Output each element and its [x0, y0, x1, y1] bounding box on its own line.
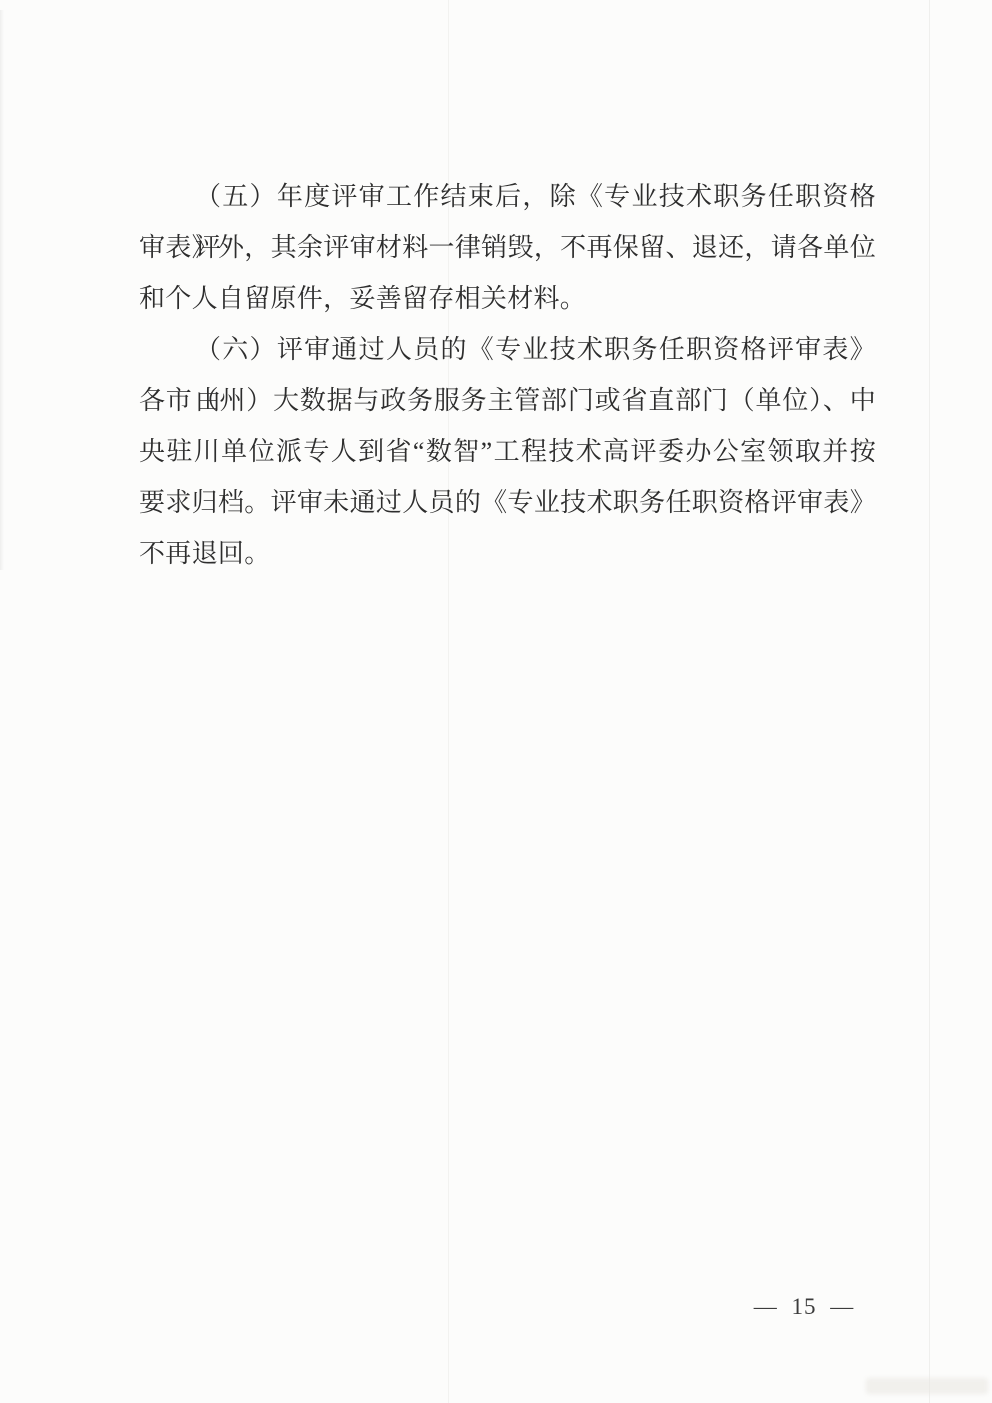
text-line: 各市（州）大数据与政务服务主管部门或省直部门（单位）、中 [139, 375, 876, 426]
paragraph-5: （五）年度评审工作结束后，除《专业技术职务任职资格评 审表》外，其余评审材料一律… [139, 171, 876, 324]
text-line: 央驻川单位派专人到省“数智”工程技术高评委办公室领取并按 [139, 426, 876, 477]
text-line: 要求归档。评审未通过人员的《专业技术职务任职资格评审表》 [139, 477, 876, 528]
page-number: — 15 — [750, 1292, 858, 1322]
document-body: （五）年度评审工作结束后，除《专业技术职务任职资格评 审表》外，其余评审材料一律… [139, 171, 876, 579]
text-line: 不再退回。 [139, 528, 876, 579]
text-line: 审表》外，其余评审材料一律销毁，不再保留、退还，请各单位 [139, 222, 876, 273]
text-line: （六）评审通过人员的《专业技术职务任职资格评审表》由 [139, 324, 876, 375]
faint-watermark [866, 1378, 988, 1394]
scan-artifact-line [929, 0, 930, 1403]
text-line: 和个人自留原件，妥善留存相关材料。 [139, 273, 876, 324]
paragraph-6: （六）评审通过人员的《专业技术职务任职资格评审表》由 各市（州）大数据与政务服务… [139, 324, 876, 579]
document-page: （五）年度评审工作结束后，除《专业技术职务任职资格评 审表》外，其余评审材料一律… [0, 0, 992, 1403]
text-line: （五）年度评审工作结束后，除《专业技术职务任职资格评 [139, 171, 876, 222]
scan-edge-shadow [0, 10, 4, 570]
